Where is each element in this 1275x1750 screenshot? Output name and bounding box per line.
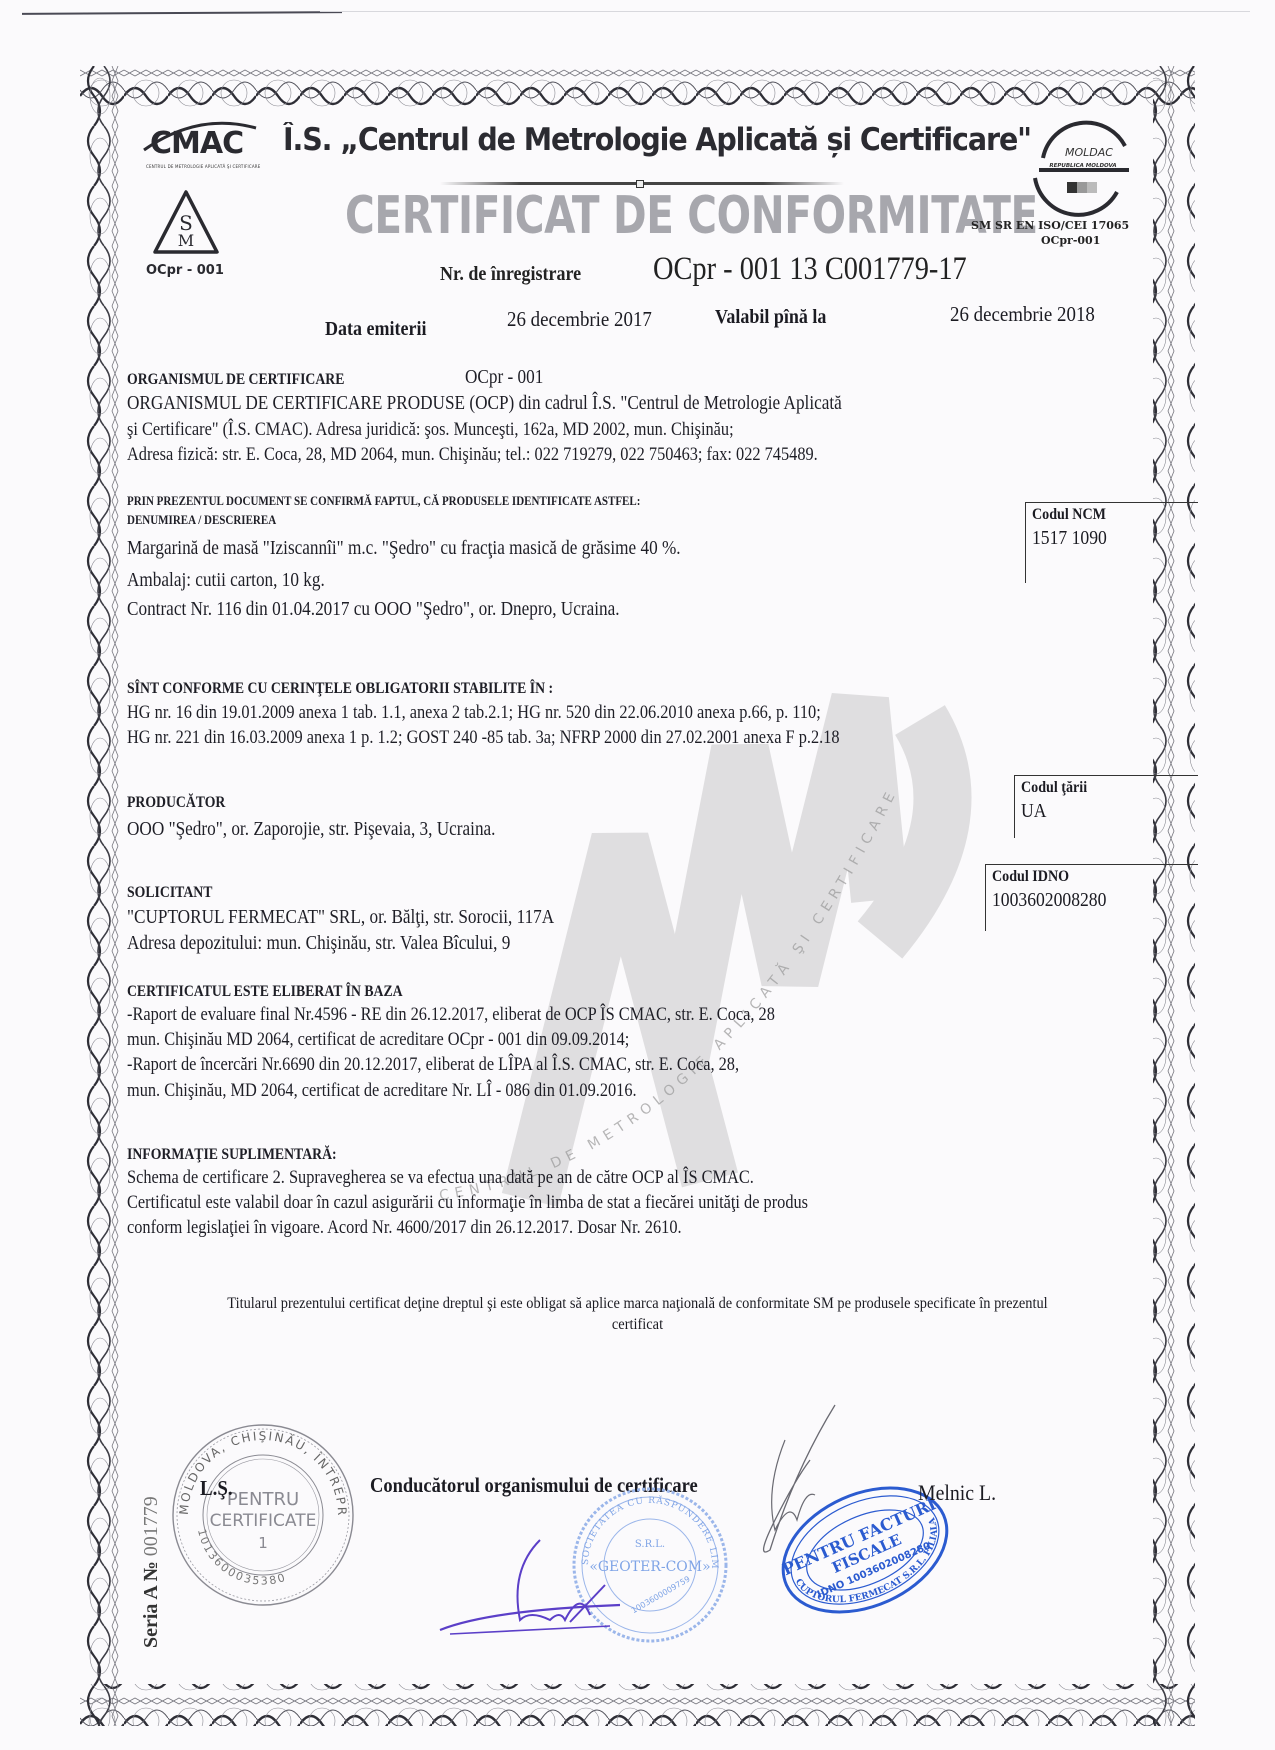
country-code-value: UA <box>1021 800 1046 823</box>
moldac-country: REPUBLICA MOLDOVA <box>1049 163 1116 169</box>
requirements-line: HG nr. 16 din 19.01.2009 anexa 1 tab. 1.… <box>127 702 821 724</box>
moldac-name: MOLDAC <box>1065 146 1113 159</box>
series-label: Seria A № <box>140 1561 162 1648</box>
requirements-line: HG nr. 221 din 16.03.2009 anexa 1 p. 1.2… <box>127 727 840 749</box>
issue-date: 26 decembrie 2017 <box>507 307 652 332</box>
seal-center-mid: CERTIFICATE <box>210 1511 317 1531</box>
certification-body-line: ORGANISMUL DE CERTIFICARE PRODUSE (OCP) … <box>127 392 842 415</box>
seal-place-label: L.Ş. <box>200 1476 233 1501</box>
certification-body-code: OCpr - 001 <box>465 366 543 389</box>
basis-heading: CERTIFICATUL ESTE ELIBERAT ÎN BAZA <box>127 983 403 1001</box>
applicant-heading: SOLICITANT <box>127 884 212 902</box>
svg-text:M: M <box>178 231 194 250</box>
issue-date-label: Data emiterii <box>325 318 426 341</box>
certification-body-line: şi Certificare" (Î.S. CMAC). Adresa juri… <box>127 419 734 441</box>
valid-until-date: 26 decembrie 2018 <box>950 302 1095 327</box>
accreditation-code: OCpr-001 <box>1041 234 1100 247</box>
valid-until-label: Valabil pînă la <box>715 306 826 329</box>
ncm-code-value: 1517 1090 <box>1032 527 1107 550</box>
cmac-logo-subtitle: CENTRUL DE METROLOGIE APLICATĂ ŞI CERTIF… <box>146 164 260 169</box>
applicant-line: Adresa depozitului: mun. Chişinău, str. … <box>127 932 510 955</box>
svg-text:1003600009759: 1003600009759 <box>630 1574 692 1615</box>
description-heading: DENUMIREA / DESCRIEREA <box>127 513 276 528</box>
seal-center-num: 1 <box>258 1534 268 1552</box>
ncm-code-label: Codul NCM <box>1032 506 1106 524</box>
idno-code-box: Codul IDNO 1003602008280 <box>985 864 1198 931</box>
confirmation-heading: PRIN PREZENTUL DOCUMENT SE CONFIRMĂ FAPT… <box>127 494 640 509</box>
registration-number: OCpr - 001 13 C001779-17 <box>653 251 967 288</box>
applicant-line: "CUPTORUL FERMECAT" SRL, or. Bălţi, str.… <box>127 906 554 929</box>
basis-line: mun. Chişinău MD 2064, certificat de acr… <box>127 1029 629 1051</box>
series-number: Seria A № 001779 <box>140 1496 163 1648</box>
cmac-round-seal: MOLDOVA, CHIŞINĂU, ÎNTREPRINDEREA 101360… <box>168 1420 358 1610</box>
product-line: Margarină de masă "Iziscannîi" m.c. "Şed… <box>127 537 681 560</box>
certificate-page: CENTRUL DE METROLOGIE APLICATĂ ŞI CERTIF… <box>0 0 1275 1750</box>
svg-text:S.R.L.: S.R.L. <box>635 1539 665 1550</box>
additional-info-line: Certificatul este valabil doar în cazul … <box>127 1192 808 1214</box>
producer-line: OOO "Şedro", or. Zaporojie, str. Pişevai… <box>127 818 495 841</box>
sm-mark-code: OCpr - 001 <box>146 263 224 278</box>
ncm-code-box: Codul NCM 1517 1090 <box>1025 502 1198 583</box>
basis-line: -Raport de încercări Nr.6690 din 20.12.2… <box>127 1054 739 1076</box>
registration-label: Nr. de înregistrare <box>440 263 581 286</box>
signer-name: Melnic L. <box>918 1480 996 1506</box>
idno-code-value: 1003602008280 <box>992 889 1106 912</box>
requirements-heading: SÎNT CONFORME CU CERINŢELE OBLIGATORII S… <box>127 680 553 698</box>
additional-info-line: Schema de certificare 2. Supravegherea s… <box>127 1167 754 1189</box>
idno-code-label: Codul IDNO <box>992 868 1069 886</box>
head-signature <box>430 1530 630 1640</box>
sm-conformity-mark-icon: S M <box>151 188 221 258</box>
document-title: CERTIFICAT DE CONFORMITATE <box>345 186 1038 246</box>
product-line: Ambalaj: cutii carton, 10 kg. <box>127 569 325 592</box>
producer-heading: PRODUCĂTOR <box>127 794 225 812</box>
additional-info-heading: INFORMAŢIE SUPLIMENTARĂ: <box>127 1146 337 1164</box>
certification-body-heading: ORGANISMUL DE CERTIFICARE <box>127 371 344 389</box>
basis-line: -Raport de evaluare final Nr.4596 - RE d… <box>127 1004 775 1026</box>
series-value: 001779 <box>140 1496 162 1556</box>
moldac-logo: MOLDAC REPUBLICA MOLDOVA <box>1025 118 1135 223</box>
product-line: Contract Nr. 116 din 01.04.2017 cu OOO "… <box>127 598 620 621</box>
certification-body-line: Adresa fizică: str. E. Coca, 28, MD 2064… <box>127 444 818 466</box>
basis-line: mun. Chişinău, MD 2064, certificat de ac… <box>127 1080 637 1102</box>
footer-note: Titularul prezentului certificat deţine … <box>64 1293 1212 1335</box>
additional-info-line: conform legislaţiei în vigoare. Acord Nr… <box>127 1217 682 1239</box>
svg-text:1013600035380: 1013600035380 <box>195 1528 288 1588</box>
country-code-label: Codul ţării <box>1021 779 1087 797</box>
country-code-box: Codul ţării UA <box>1014 775 1198 838</box>
accreditation-standard: SM SR EN ISO/CEI 17065 <box>971 219 1129 232</box>
seal-center-top: PENTRU <box>227 1489 299 1510</box>
organization-title: Î.S. „Centrul de Metrologie Aplicată și … <box>283 122 1031 158</box>
cmac-logo-text: CMAC <box>150 126 243 161</box>
cmac-logo: CMAC CENTRUL DE METROLOGIE APLICATĂ ŞI C… <box>138 120 268 178</box>
